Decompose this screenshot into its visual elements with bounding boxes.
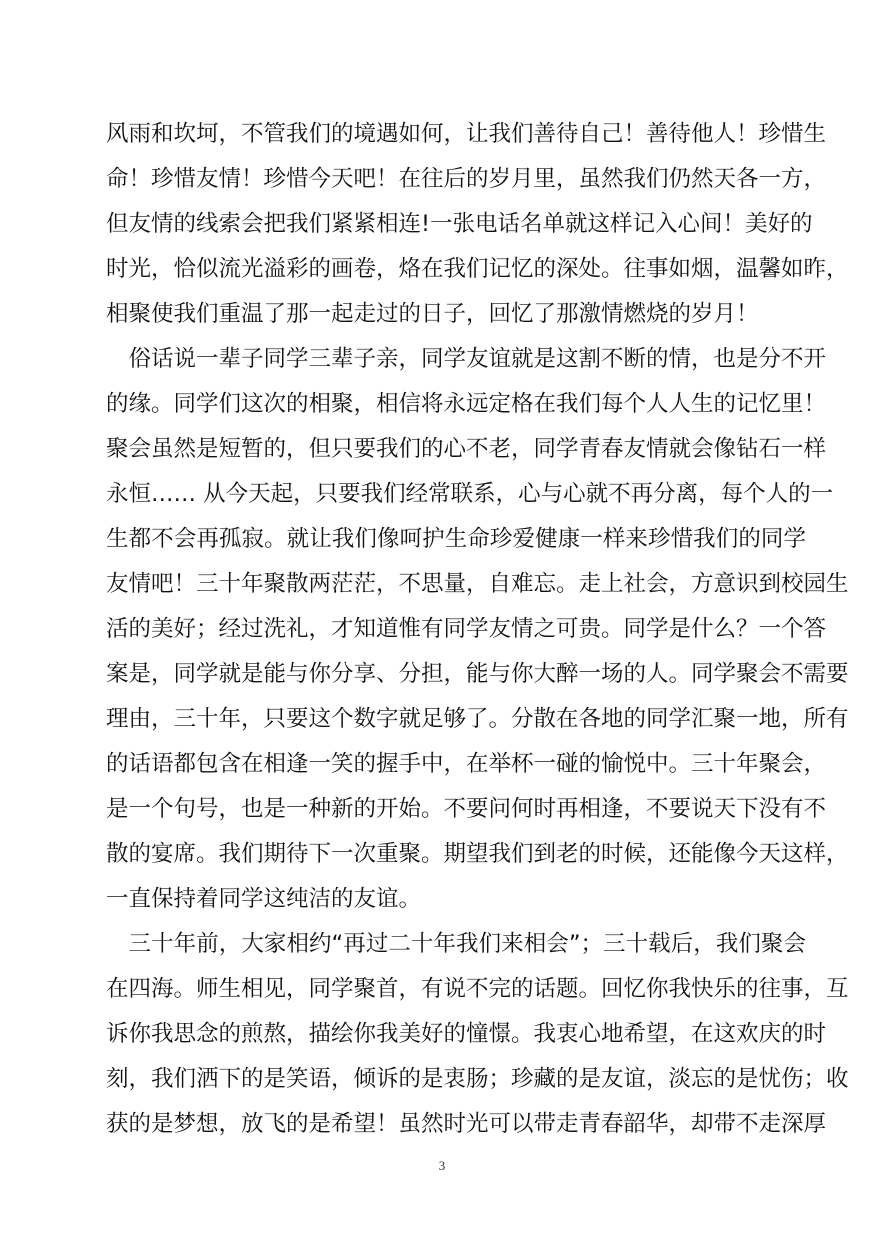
text-line: 三十年前，大家相约“再过二十年我们来相会”；三十载后，我们聚会: [106, 922, 806, 967]
text-line: 但友情的线索会把我们紧紧相连!一张电话名单就这样记入心间！美好的: [106, 202, 806, 247]
text-line: 诉你我思念的煎熬，描绘你我美好的憧憬。我衷心地希望，在这欢庆的时: [106, 1012, 806, 1057]
text-line: 聚会虽然是短暂的，但只要我们的心不老，同学青春友情就会像钻石一样: [106, 427, 806, 472]
text-line: 一直保持着同学这纯洁的友谊。: [106, 877, 806, 922]
text-line: 散的宴席。我们期待下一次重聚。期望我们到老的时候，还能像今天这样，: [106, 832, 806, 877]
page-number: 3: [0, 1158, 884, 1174]
text-line: 的缘。同学们这次的相聚，相信将永远定格在我们每个人人生的记忆里！: [106, 382, 806, 427]
document-page: 风雨和坎坷，不管我们的境遇如何，让我们善待自己！善待他人！珍惜生 命！珍惜友情！…: [0, 0, 884, 1250]
text-line: 活的美好；经过洗礼，才知道惟有同学友情之可贵。同学是什么？一个答: [106, 607, 806, 652]
text-line: 刻，我们洒下的是笑语，倾诉的是衷肠；珍藏的是友谊，淡忘的是忧伤；收: [106, 1057, 806, 1102]
text-line: 生都不会再孤寂。就让我们像呵护生命珍爱健康一样来珍惜我们的同学: [106, 517, 806, 562]
text-line: 俗话说一辈子同学三辈子亲，同学友谊就是这割不断的情，也是分不开: [106, 337, 806, 382]
body-text: 风雨和坎坷，不管我们的境遇如何，让我们善待自己！善待他人！珍惜生 命！珍惜友情！…: [106, 112, 806, 1147]
text-line: 获的是梦想，放飞的是希望！虽然时光可以带走青春韶华，却带不走深厚: [106, 1102, 806, 1147]
text-line: 的话语都包含在相逢一笑的握手中，在举杯一碰的愉悦中。三十年聚会，: [106, 742, 806, 787]
text-line: 在四海。师生相见，同学聚首，有说不完的话题。回忆你我快乐的往事，互: [106, 967, 806, 1012]
text-line: 友情吧！三十年聚散两茫茫，不思量，自难忘。走上社会，方意识到校园生: [106, 562, 806, 607]
text-line: 时光，恰似流光溢彩的画卷，烙在我们记忆的深处。往事如烟，温馨如昨，: [106, 247, 806, 292]
text-line: 永恒…… 从今天起，只要我们经常联系，心与心就不再分离，每个人的一: [106, 472, 806, 517]
text-line: 案是，同学就是能与你分享、分担，能与你大醉一场的人。同学聚会不需要: [106, 652, 806, 697]
text-line: 相聚使我们重温了那一起走过的日子，回忆了那激情燃烧的岁月！: [106, 292, 806, 337]
text-line: 理由，三十年，只要这个数字就足够了。分散在各地的同学汇聚一地，所有: [106, 697, 806, 742]
text-line: 是一个句号，也是一种新的开始。不要问何时再相逢，不要说天下没有不: [106, 787, 806, 832]
text-line: 命！珍惜友情！珍惜今天吧！在往后的岁月里，虽然我们仍然天各一方，: [106, 157, 806, 202]
text-line: 风雨和坎坷，不管我们的境遇如何，让我们善待自己！善待他人！珍惜生: [106, 112, 806, 157]
